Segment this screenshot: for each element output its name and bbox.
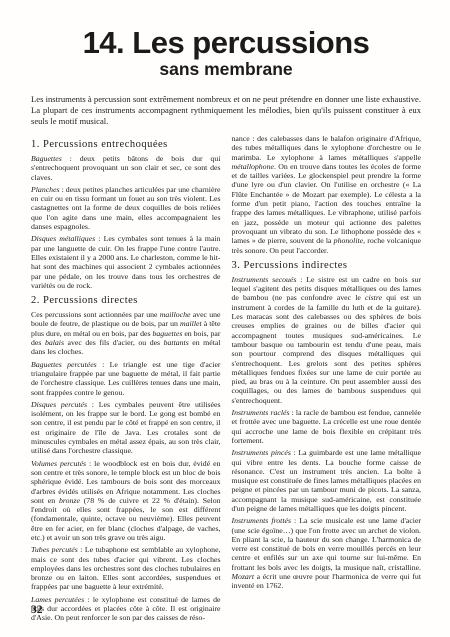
chapter-subtitle: sans membrane bbox=[31, 60, 421, 79]
paragraph-disques-percutes: Disques percutés : Les cymbales peuvent … bbox=[31, 400, 221, 456]
paragraph-tubes-percutes: Tubes percutés : Le tubaphone est sembla… bbox=[31, 545, 221, 591]
paragraph-lames-percutees: Lames percutées : le xylophone est const… bbox=[31, 595, 221, 623]
paragraph-baguettes-percutees: Baguettes percutées : Le triangle est un… bbox=[31, 360, 221, 397]
section-heading-entrechoquees: 1. Percussions entrechoquées bbox=[31, 139, 221, 151]
two-column-layout: 1. Percussions entrechoquées Baguettes :… bbox=[31, 134, 421, 626]
paragraph-volumes-percutes: Volumes percutés : le woodblock est en b… bbox=[31, 459, 221, 543]
page-number: 32 bbox=[31, 604, 43, 616]
paragraph-planches: Planches : deux petites planches articul… bbox=[31, 185, 221, 231]
paragraph-instruments-pinces: Instruments pincés : La guimbarde est un… bbox=[232, 448, 422, 513]
left-column: 1. Percussions entrechoquées Baguettes :… bbox=[31, 134, 221, 626]
paragraph-instruments-secoues: Instruments secoués : Le sistre est un c… bbox=[232, 275, 422, 405]
paragraph-instruments-frottes: Instruments frottés : La scie musicale e… bbox=[232, 516, 422, 590]
section-heading-indirectes: 3. Percussions indirectes bbox=[232, 260, 422, 272]
paragraph-resonance-suite: nance : des calebasses dans le balafon o… bbox=[232, 134, 422, 255]
book-page: 14. Les percussions sans membrane Les in… bbox=[0, 0, 450, 637]
paragraph-baguettes: Baguettes : deux petits bâtons de bois d… bbox=[31, 154, 221, 182]
paragraph-disques-metalliques: Disques métalliques : Les cymbales sont … bbox=[31, 234, 221, 290]
intro-paragraph: Les instruments à percussion sont extrêm… bbox=[31, 94, 421, 127]
section-heading-directes: 2. Percussions directes bbox=[31, 295, 221, 307]
paragraph-directes-intro: Ces percussions sont actionnées par une … bbox=[31, 310, 221, 356]
right-column: nance : des calebasses dans le balafon o… bbox=[232, 134, 422, 626]
paragraph-instruments-racles: Instruments raclés : la racle de bambou … bbox=[232, 408, 422, 445]
chapter-title: 14. Les percussions bbox=[31, 26, 421, 59]
